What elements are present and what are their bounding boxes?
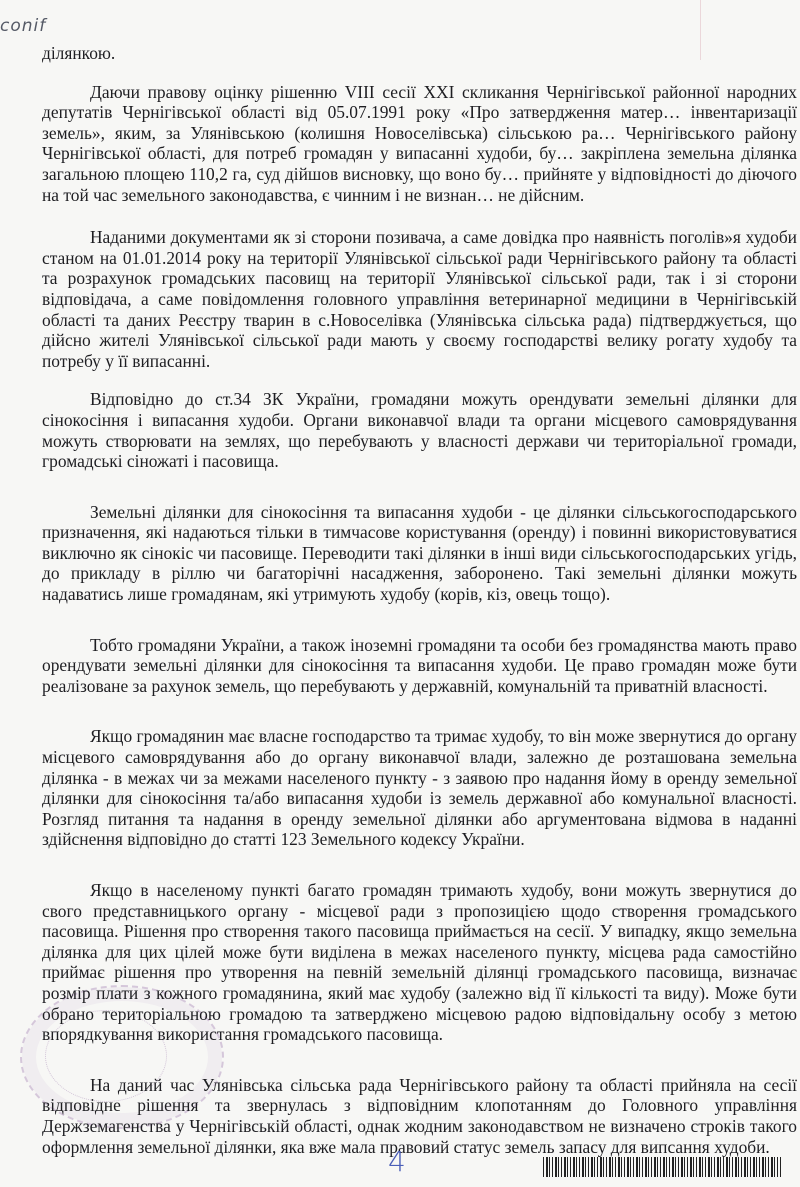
paragraph-citizens-rights: Тобто громадяни України, а також іноземн… <box>42 635 797 697</box>
paragraph-community-pasture: Якщо в населеному пункті багато громадян… <box>42 880 797 1045</box>
handwritten-page-number: 4 <box>388 1145 406 1178</box>
paragraph-continuation: ділянкою. <box>42 43 797 64</box>
paragraph-land-plots-definition: Земельні ділянки для сінокосіння та випа… <box>42 502 797 605</box>
paragraph-current-status: На даний час Улянівська сільська рада Че… <box>42 1075 797 1157</box>
margin-handwritten-note: conif <box>0 16 46 36</box>
paragraph-individual-application: Якщо громадянин має власне господарство … <box>42 726 797 850</box>
paragraph-legal-assessment: Даючи правову оцінку рішенню VIII сесії … <box>42 82 797 206</box>
barcode-icon <box>543 1157 781 1177</box>
paragraph-article-34: Відповідно до ст.34 ЗК України, громадян… <box>42 389 797 471</box>
paragraph-evidence: Наданими документами як зі сторони позив… <box>42 227 797 371</box>
document-page: conif ділянкою. Даючи правову оцінку ріш… <box>0 0 800 1187</box>
document-body: ділянкою. Даючи правову оцінку рішенню V… <box>42 43 797 1157</box>
